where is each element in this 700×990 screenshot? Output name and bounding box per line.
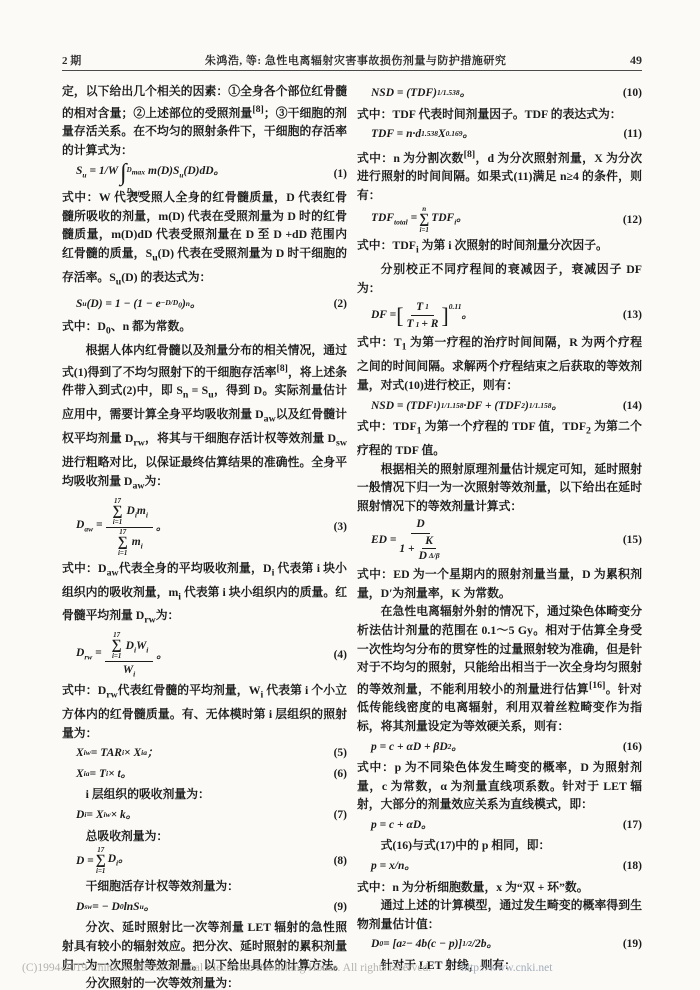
- formula-body: NSD = (TDF1)1/1.158·DF + (TDF2)1/1.158。: [371, 397, 563, 416]
- inner-fraction: K DΔ/β: [419, 535, 440, 563]
- formula-lhs: Daw =: [76, 516, 103, 539]
- paragraph: 式中：TDF 代表时间剂量因子。TDF 的表达式为：: [357, 105, 642, 124]
- paragraph: i 层组织的吸收剂量为：: [62, 785, 347, 804]
- formula-tail: 。: [156, 518, 168, 537]
- formula-body: Xia = Ti × t。: [76, 765, 132, 784]
- header-rule: [62, 70, 642, 71]
- formula-11: TDF = n·d1.538X0.169。 (11): [357, 125, 642, 144]
- denominator: 1 + K DΔ/β: [399, 534, 441, 563]
- formula-5: Xiw = TARi × Xia； (5): [62, 744, 347, 763]
- running-title: 朱鸿浩, 等: 急性电离辐射灾害事故损伤剂量与防护措施研究: [205, 52, 506, 68]
- equation-number: (17): [623, 816, 642, 835]
- equation-number: (2): [334, 295, 347, 314]
- formula-body: Su(D) = 1 − (1 − e−D/D0)n。: [76, 294, 201, 315]
- formula-16: p = c + αD + βD2。 (16): [357, 738, 642, 757]
- formula-rhs: Di。: [108, 850, 130, 873]
- formula-body: p = c + αD + βD2。: [371, 738, 463, 757]
- paragraph: 式中：TDF1 为第一个疗程的 TDF 值，TDF2 为第二个疗程的 TDF 值…: [357, 417, 642, 460]
- right-column: NSD = (TDF)1/1.538。 (10) 式中：TDF 代表时间剂量因子…: [357, 82, 642, 990]
- sum-icon: 17∑i=1: [96, 847, 106, 875]
- formula-rhs: TDFi。: [431, 209, 468, 232]
- formula-body: Di = Xiw × k。: [76, 806, 137, 825]
- formula-9: Dsw = − D0lnSu。 (9): [62, 898, 347, 917]
- formula-tail: 。: [461, 306, 473, 325]
- equation-number: (12): [623, 211, 642, 230]
- formula-7: Di = Xiw × k。 (7): [62, 806, 347, 825]
- formula-tail: 。: [156, 646, 168, 665]
- paragraph: 式中：n 为分析细胞数量，x 为“双 + 环”数。: [357, 878, 642, 897]
- formula-14: NSD = (TDF1)1/1.158·DF + (TDF2)1/1.158。 …: [357, 397, 642, 416]
- numerator: Dimi: [127, 504, 148, 520]
- equation-number: (1): [334, 165, 347, 184]
- paragraph: 式中：p 为不同染色体发生畸变的概率，D 为照射剂量，c 为常数，α 为剂量直线…: [357, 758, 642, 814]
- integral-limits: Dmax Dmin: [127, 161, 145, 186]
- equation-number: (19): [623, 935, 642, 954]
- paragraph: 式中：TDFi 为第 i 次照射的时间剂量分次因子。: [357, 236, 642, 260]
- paragraph: 式中：T1 为第一疗程的治疗时间间隔，R 为两个疗程之间的时间间隔。求解两个疗程…: [357, 333, 642, 394]
- paragraph: 总吸收剂量为：: [62, 827, 347, 846]
- formula-13: DF = [ T1 T1 + R ] 0.11 。 (13): [357, 300, 642, 332]
- paragraph: 干细胞活存计权等效剂量为：: [62, 877, 347, 896]
- formula-19: D0 = [a2 − 4b(c − p)]1/2/2b。 (19): [357, 935, 642, 954]
- integral-upper: Dmax: [127, 161, 145, 182]
- paragraph: 在急性电离辐射外射的情况下，通过染色体畸变分析法估计剂量的范围在 0.1～5 G…: [357, 602, 642, 735]
- numerator: DiWi: [126, 639, 149, 655]
- inner-denominator: DΔ/β: [419, 549, 440, 563]
- formula-rhs: m(D)Su(D)dD。: [148, 162, 225, 185]
- paragraph: 根据人体内红骨髓以及剂量分布的相关情况，通过式(1)得到了不均匀照射下的干细胞存…: [62, 341, 347, 496]
- formula-1: Su = 1/W ∫ Dmax Dmin m(D)Su(D)dD。 (1): [62, 161, 347, 186]
- equation-number: (15): [623, 531, 642, 550]
- equation-number: (5): [334, 744, 347, 763]
- fraction: 17∑i=1 Dimi 17∑i=1 mi: [106, 498, 153, 557]
- paragraph: 分别校正不同疗程间的衰减因子，衰减因子 DF 为：: [357, 260, 642, 297]
- two-column-body: 定，以下给出几个相关的因素：①全身各个部位红骨髓的相对含量；②上述部位的受照剂量…: [62, 82, 642, 990]
- page-number: 49: [630, 53, 642, 68]
- paragraph: 式中：ED 为一个星期内的照射剂量当量，D 为累积剂量，D′为剂量率，K 为常数…: [357, 565, 642, 602]
- equation-number: (6): [334, 765, 347, 784]
- running-header: 2 期 朱鸿浩, 等: 急性电离辐射灾害事故损伤剂量与防护措施研究 49: [62, 52, 642, 68]
- copyright-text: (C)1994-2019 China Academic Journal Elec…: [22, 962, 431, 974]
- denominator: Wi: [123, 663, 135, 679]
- paragraph: 式中：W 代表受照人全身的红骨髓质量，D 代表红骨髓所吸收的剂量，m(D) 代表…: [62, 188, 347, 292]
- equation-number: (10): [623, 84, 642, 103]
- paragraph: 式中：D0、n 都为常数。: [62, 317, 347, 341]
- formula-15: ED = D 1 + K DΔ/β (15): [357, 517, 642, 563]
- sum-icon: 17∑i=1: [112, 632, 122, 660]
- formula-body: D0 = [a2 − 4b(c − p)]1/2/2b。: [371, 935, 498, 954]
- cnki-url: http://www.cnki.net: [461, 962, 552, 974]
- formula-12: TDFtotal = n∑i=1 TDFi。 (12): [357, 206, 642, 234]
- paragraph: 式中：Drw代表红骨髓的平均剂量，Wi 代表第 i 个小立方体内的红骨髓质量。有…: [62, 681, 347, 742]
- right-bracket: ]: [441, 306, 448, 326]
- scanned-paper-page: 2 期 朱鸿浩, 等: 急性电离辐射灾害事故损伤剂量与防护措施研究 49 定，以…: [0, 0, 700, 990]
- equation-number: (16): [623, 738, 642, 757]
- formula-lhs: DF =: [371, 306, 396, 325]
- left-bracket: [: [396, 306, 403, 326]
- paragraph: 通过上述的计算模型，通过发生畸变的概率得到生物剂量估计值：: [357, 896, 642, 933]
- formula-8: D = 17∑i=1 Di。 (8): [62, 847, 347, 875]
- formula-lhs: Su = 1/W: [76, 162, 118, 185]
- formula-lhs: ED =: [371, 531, 396, 550]
- equation-number: (13): [623, 306, 642, 325]
- paragraph: 式中：n 为分割次数[8]，d 为分次照射剂量，X 为分次进行照射的时间间隔。如…: [357, 146, 642, 205]
- equation-number: (11): [623, 125, 642, 144]
- formula-body: NSD = (TDF)1/1.538。: [371, 84, 471, 103]
- formula-4: Drw = 17∑i=1 DiWi Wi 。 (4): [62, 632, 347, 679]
- sum-icon: 17∑i=1: [118, 529, 128, 557]
- equation-number: (3): [334, 518, 347, 537]
- paragraph: 分次照射的一次等效剂量为：: [62, 974, 347, 990]
- formula-17: p = c + αD。 (17): [357, 816, 642, 835]
- equation-number: (4): [334, 646, 347, 665]
- integral-icon: ∫: [120, 163, 127, 185]
- paragraph: 式(16)与式(17)中的 p 相同，即：: [357, 836, 642, 855]
- formula-3: Daw = 17∑i=1 Dimi 17∑i=1 mi 。 (3): [62, 498, 347, 557]
- inner-numerator: K: [422, 535, 436, 549]
- formula-body: Xiw = TARi × Xia；: [76, 744, 159, 763]
- formula-2: Su(D) = 1 − (1 − e−D/D0)n。 (2): [62, 294, 347, 315]
- sum-icon: n∑i=1: [419, 206, 429, 234]
- formula-lhs: TDFtotal =: [371, 209, 417, 232]
- formula-body: p = x/n。: [371, 857, 416, 876]
- formula-lhs: Drw =: [76, 644, 102, 667]
- fraction: D 1 + K DΔ/β: [399, 517, 441, 563]
- formula-lhs: D =: [76, 852, 94, 871]
- equation-number: (9): [334, 898, 347, 917]
- denominator: mi: [132, 535, 143, 551]
- formula-body: TDF = n·d1.538X0.169。: [371, 125, 474, 144]
- numerator: T1: [411, 300, 434, 316]
- left-column: 定，以下给出几个相关的因素：①全身各个部位红骨髓的相对含量；②上述部位的受照剂量…: [62, 82, 347, 990]
- formula-6: Xia = Ti × t。 (6): [62, 765, 347, 784]
- paragraph: 式中：Daw代表全身的平均吸收剂量，Di 代表第 i 块小组织内的吸收剂量，mi…: [62, 559, 347, 631]
- scan-watermark-footer: (C)1994-2019 China Academic Journal Elec…: [22, 962, 552, 974]
- equation-number: (8): [334, 852, 347, 871]
- formula-10: NSD = (TDF)1/1.538。 (10): [357, 84, 642, 103]
- formula-body: Dsw = − D0lnSu。: [76, 898, 155, 917]
- paragraph: 根据相关的照射原理剂量估计规定可知，延时照射一般情况下归一为一次照射等效剂量，以…: [357, 460, 642, 516]
- denominator: T1 + R: [407, 316, 439, 331]
- equation-number: (7): [334, 806, 347, 825]
- formula-body: p = c + αD。: [371, 816, 433, 835]
- paragraph: 定，以下给出几个相关的因素：①全身各个部位红骨髓的相对含量；②上述部位的受照剂量…: [62, 82, 347, 159]
- fraction: 17∑i=1 DiWi Wi: [105, 632, 154, 679]
- equation-number: (14): [623, 397, 642, 416]
- bracket-exponent: 0.11: [449, 298, 462, 317]
- sum-icon: 17∑i=1: [113, 498, 123, 526]
- issue-number: 2 期: [62, 52, 81, 68]
- numerator: D: [411, 517, 429, 533]
- fraction: T1 T1 + R: [407, 300, 439, 332]
- formula-18: p = x/n。 (18): [357, 857, 642, 876]
- equation-number: (18): [623, 857, 642, 876]
